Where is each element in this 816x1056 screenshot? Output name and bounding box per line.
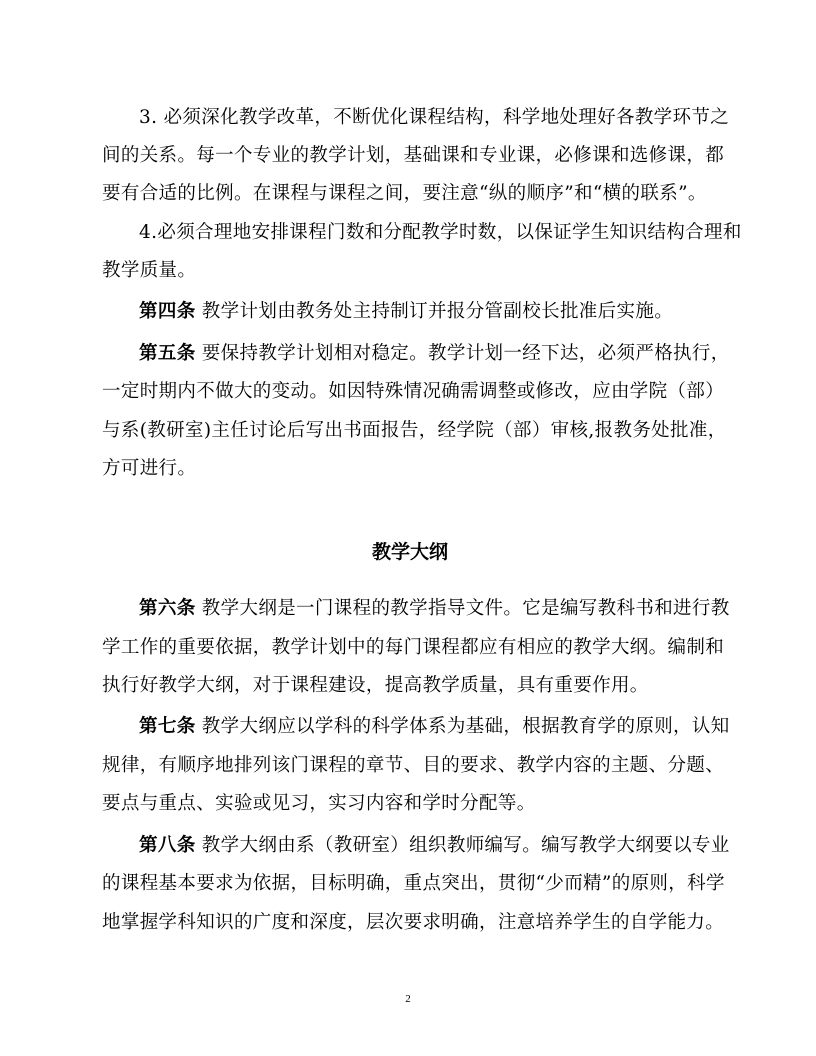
text-line: 4.必须合理地安排课程门数和分配教学时数，以保证学生知识结构合理和 — [102, 222, 755, 244]
text-line: 3. 必须深化教学改革，不断优化课程结构，科学地处理好各教学环节之 — [102, 107, 755, 129]
article-label: 第七条 — [139, 716, 196, 737]
text-line: 学工作的重要依据，教学计划中的每门课程都应有相应的教学大纲。编制和 — [102, 637, 718, 659]
text-line: 地掌握学科知识的广度和深度，层次要求明确，注意培养学生的自学能力。 — [102, 912, 718, 934]
article-label: 第五条 — [139, 343, 196, 364]
text-line: 教学质量。 — [102, 260, 718, 282]
text-line: 规律，有顺序地排列该门课程的章节、目的要求、教学内容的主题、分题、 — [102, 755, 718, 777]
section-heading: 教学大纲 — [102, 537, 718, 564]
article-text: 要保持教学计划相对稳定。教学计划一经下达，必须严格执行， — [202, 343, 730, 364]
text-line: 要有合适的比例。在课程与课程之间，要注意“纵的顺序”和“横的联系”。 — [102, 183, 718, 205]
text-line: 第七条 教学大纲应以学科的科学体系为基础，根据教育学的原则，认知 — [102, 716, 755, 738]
article-text: 教学大纲由系（教研室）组织教师编写。编写教学大纲要以专业 — [202, 835, 730, 856]
text-line: 第六条 教学大纲是一门课程的教学指导文件。它是编写教科书和进行教 — [102, 598, 755, 620]
article-label: 第四条 — [139, 301, 196, 322]
text-line: 第五条 要保持教学计划相对稳定。教学计划一经下达，必须严格执行， — [102, 343, 755, 365]
text-line: 第四条 教学计划由教务处主持制订并报分管副校长批准后实施。 — [102, 301, 755, 323]
text-line: 与系(教研室)主任讨论后写出书面报告，经学院（部）审核,报教务处批准， — [102, 420, 718, 442]
text-line: 的课程基本要求为依据，目标明确，重点突出，贯彻“少而精”的原则，科学 — [102, 873, 718, 895]
text-line: 一定时期内不做大的变动。如因特殊情况确需调整或修改，应由学院（部） — [102, 381, 718, 403]
text-line: 方可进行。 — [102, 458, 718, 480]
article-label: 第六条 — [139, 598, 196, 619]
text-line: 要点与重点、实验或见习，实习内容和学时分配等。 — [102, 793, 718, 815]
page-number: 2 — [0, 993, 816, 1005]
text-line: 第八条 教学大纲由系（教研室）组织教师编写。编写教学大纲要以专业 — [102, 835, 755, 857]
text-line: 间的关系。每一个专业的教学计划，基础课和专业课，必修课和选修课，都 — [102, 145, 718, 167]
article-text: 教学计划由教务处主持制订并报分管副校长批准后实施。 — [202, 301, 673, 322]
article-text: 教学大纲应以学科的科学体系为基础，根据教育学的原则，认知 — [202, 716, 730, 737]
text-line: 执行好教学大纲，对于课程建设，提高教学质量，具有重要作用。 — [102, 675, 718, 697]
article-label: 第八条 — [139, 835, 196, 856]
article-text: 教学大纲是一门课程的教学指导文件。它是编写教科书和进行教 — [202, 598, 730, 619]
